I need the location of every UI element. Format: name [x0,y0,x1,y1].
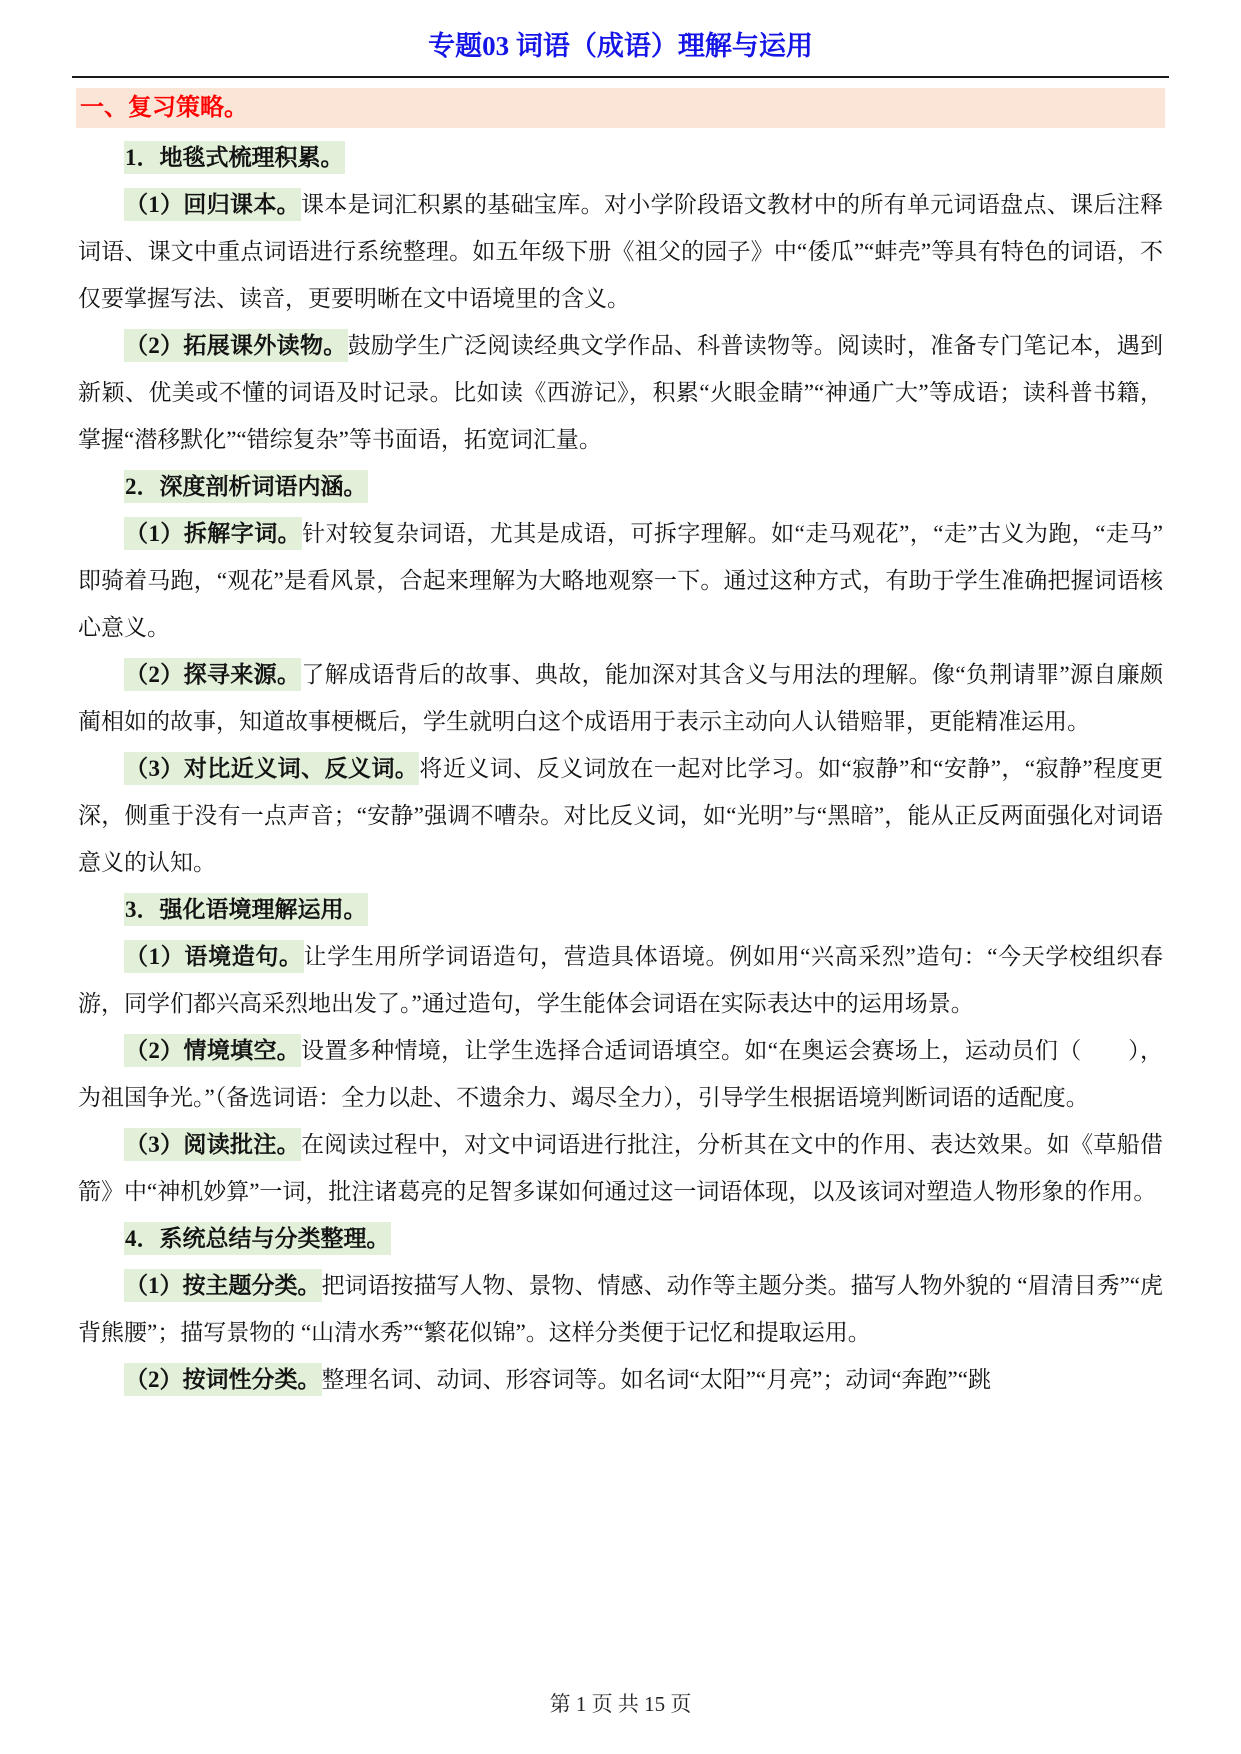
paragraph-lead: （2）探寻来源。 [124,658,301,691]
document-title: 专题03 词语（成语）理解与运用 [78,28,1163,64]
heading-text: 3．强化语境理解运用。 [124,893,368,926]
paragraph: （3）对比近义词、反义词。将近义词、反义词放在一起对比学习。如“寂静”和“安静”… [78,745,1163,886]
numbered-heading: 2．深度剖析词语内涵。 [78,463,1163,510]
paragraph: （1）回归课本。课本是词汇积累的基础宝库。对小学阶段语文教材中的所有单元词语盘点… [78,181,1163,322]
paragraph: （2）按词性分类。整理名词、动词、形容词等。如名词“太阳”“月亮”；动词“奔跑”… [78,1356,1163,1403]
section-banner-label: 一、复习策略。 [80,95,248,121]
paragraph: （1）按主题分类。把词语按描写人物、景物、情感、动作等主题分类。描写人物外貌的 … [78,1262,1163,1356]
heading-text: 1．地毯式梳理积累。 [124,141,345,174]
page-number-footer: 第 1 页 共 15 页 [0,1688,1241,1718]
paragraph: （1）语境造句。让学生用所学词语造句，营造具体语境。例如用“兴高采烈”造句：“今… [78,933,1163,1027]
numbered-heading: 3．强化语境理解运用。 [78,886,1163,933]
paragraph-lead: （2）拓展课外读物。 [124,329,348,362]
paragraph-lead: （1）按主题分类。 [124,1269,322,1302]
paragraph-lead: （3）阅读批注。 [124,1128,301,1161]
document-page: 专题03 词语（成语）理解与运用 一、复习策略。 1．地毯式梳理积累。 （1）回… [0,0,1241,1754]
paragraph-lead: （1）拆解字词。 [124,517,302,550]
section-banner: 一、复习策略。 [76,88,1165,128]
paragraph: （3）阅读批注。在阅读过程中，对文中词语进行批注，分析其在文中的作用、表达效果。… [78,1121,1163,1215]
paragraph-lead: （1）语境造句。 [124,940,304,973]
paragraph: （2）探寻来源。了解成语背后的故事、典故，能加深对其含义与用法的理解。像“负荆请… [78,651,1163,745]
paragraph: （2）拓展课外读物。鼓励学生广泛阅读经典文学作品、科普读物等。阅读时，准备专门笔… [78,322,1163,463]
paragraph: （2）情境填空。设置多种情境，让学生选择合适词语填空。如“在奥运会赛场上，运动员… [78,1027,1163,1121]
heading-text: 2．深度剖析词语内涵。 [124,470,368,503]
paragraph-lead: （1）回归课本。 [124,188,301,221]
paragraph: （1）拆解字词。针对较复杂词语，尤其是成语，可拆字理解。如“走马观花”，“走”古… [78,510,1163,651]
paragraph-lead: （2）情境填空。 [124,1034,301,1067]
numbered-heading: 1．地毯式梳理积累。 [78,134,1163,181]
heading-text: 4．系统总结与分类整理。 [124,1222,391,1255]
paragraph-lead: （2）按词性分类。 [124,1363,322,1396]
numbered-heading: 4．系统总结与分类整理。 [78,1215,1163,1262]
paragraph-body: 整理名词、动词、形容词等。如名词“太阳”“月亮”；动词“奔跑”“跳 [322,1367,991,1392]
document-body: 1．地毯式梳理积累。 （1）回归课本。课本是词汇积累的基础宝库。对小学阶段语文教… [78,134,1163,1403]
title-divider [72,76,1169,78]
paragraph-lead: （3）对比近义词、反义词。 [124,752,419,785]
